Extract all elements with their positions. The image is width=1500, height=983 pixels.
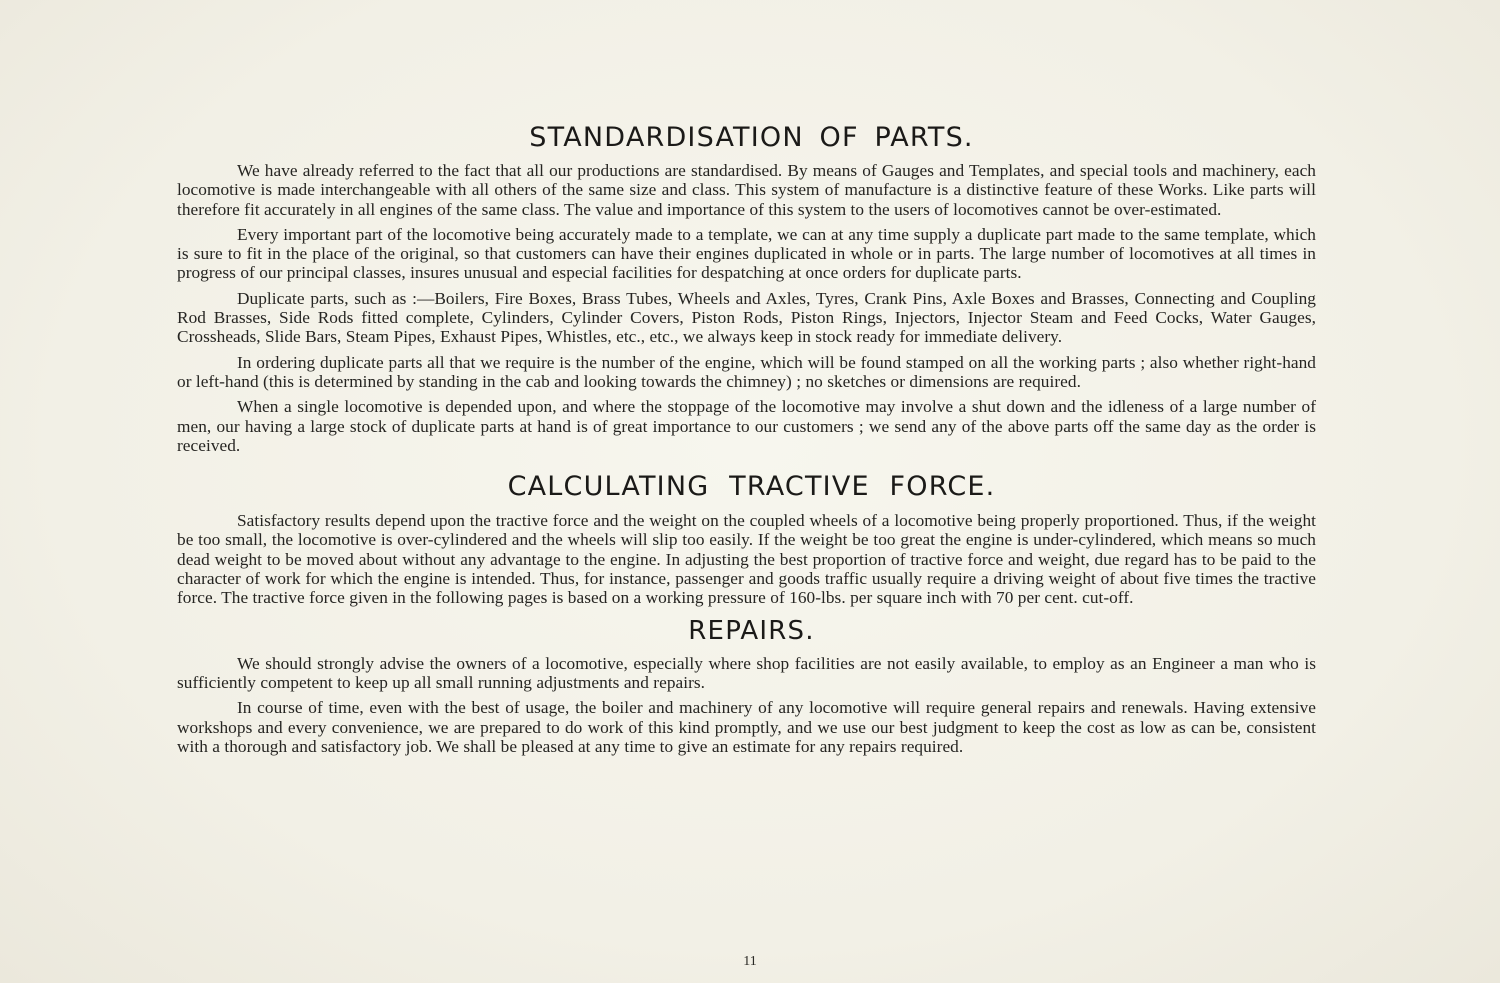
document-page: STANDARDISATION OF PARTS. We have alread… [0,0,1500,983]
paragraph: In course of time, even with the best of… [177,698,1316,756]
section-repairs: REPAIRS. We should strongly advise the o… [177,618,1316,756]
section-heading: REPAIRS. [177,618,1316,644]
section-standardisation-of-parts: STANDARDISATION OF PARTS. We have alread… [177,124,1316,455]
section-heading: STANDARDISATION OF PARTS. [177,124,1316,151]
page-content: STANDARDISATION OF PARTS. We have alread… [177,124,1316,762]
paragraph: Satisfactory results depend upon the tra… [177,511,1316,607]
paragraph: In ordering duplicate parts all that we … [177,353,1316,392]
section-calculating-tractive-force: CALCULATING TRACTIVE FORCE. Satisfactory… [177,473,1316,607]
section-heading: CALCULATING TRACTIVE FORCE. [177,473,1316,500]
paragraph: We should strongly advise the owners of … [177,654,1316,693]
paragraph: Duplicate parts, such as :—Boilers, Fire… [177,289,1316,347]
paragraph: We have already referred to the fact tha… [177,161,1316,219]
paragraph: Every important part of the locomotive b… [177,225,1316,283]
page-number: 11 [0,954,1500,970]
paragraph: When a single locomotive is depended upo… [177,397,1316,455]
